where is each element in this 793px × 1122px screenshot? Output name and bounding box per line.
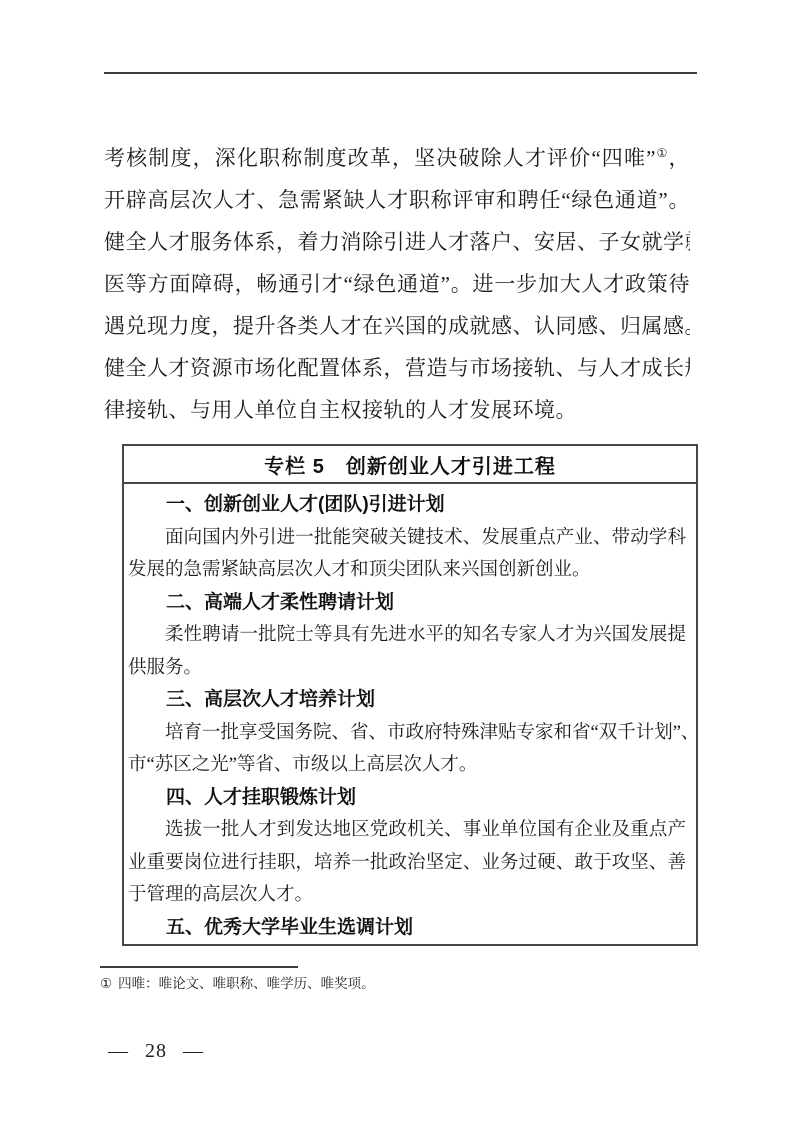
header-rule [104,72,697,74]
body-line: 遇兑现力度，提升各类人才在兴国的成就感、认同感、归属感。 [104,305,690,347]
box-body-line: 市“苏区之光”等省、市级以上高层次人才。 [128,749,686,782]
box-section-heading: 二、高端人才柔性聘请计划 [128,587,686,620]
page-number: — 28 — [108,1040,204,1063]
body-line: 健全人才资源市场化配置体系，营造与市场接轨、与人才成长规 [104,347,690,389]
box-body-line: 于管理的高层次人才。 [128,879,686,912]
feature-box: 专栏 5 创新创业人才引进工程 一、创新创业人才(团队)引进计划 面向国内外引进… [122,444,698,946]
body-line: 开辟高层次人才、急需紧缺人才职称评审和聘任“绿色通道”。 [104,179,690,221]
box-content: 一、创新创业人才(团队)引进计划 面向国内外引进一批能突破关键技术、发展重点产业… [124,484,696,944]
footnote-text: 四唯：唯论文、唯职称、唯学历、唯奖项。 [118,976,375,991]
document-page: 考核制度，深化职称制度改革，坚决破除人才评价“四唯”①， 开辟高层次人才、急需紧… [0,0,793,1122]
box-body-line: 柔性聘请一批院士等具有先进水平的知名专家人才为兴国发展提 [128,619,686,652]
box-section-heading: 三、高层次人才培养计划 [128,684,686,717]
box-section-heading: 四、人才挂职锻炼计划 [128,782,686,815]
box-section-heading: 五、优秀大学毕业生选调计划 [128,912,686,945]
footnote-rule [100,966,298,968]
footnote-marker: ① [100,976,112,991]
footnote: ①四唯：唯论文、唯职称、唯学历、唯奖项。 [100,974,660,994]
body-paragraph: 考核制度，深化职称制度改革，坚决破除人才评价“四唯”①， 开辟高层次人才、急需紧… [104,137,690,431]
box-section-heading: 一、创新创业人才(团队)引进计划 [128,489,686,522]
body-line: 律接轨、与用人单位自主权接轨的人才发展环境。 [104,389,690,431]
body-line: 健全人才服务体系，着力消除引进人才落户、安居、子女就学就 [104,221,690,263]
footnote-reference-mark: ① [656,146,669,160]
body-line-text: 考核制度，深化职称制度改革，坚决破除人才评价“四唯” [104,146,656,170]
box-body-line: 培育一批享受国务院、省、市政府特殊津贴专家和省“双千计划”、 [128,717,686,750]
body-line: 医等方面障碍，畅通引才“绿色通道”。进一步加大人才政策待 [104,263,690,305]
box-title: 专栏 5 创新创业人才引进工程 [124,446,696,484]
box-body-line: 业重要岗位进行挂职，培养一批政治坚定、业务过硬、敢于攻坚、善 [128,847,686,880]
box-body-line: 发展的急需紧缺高层次人才和顶尖团队来兴国创新创业。 [128,554,686,587]
box-body-line: 面向国内外引进一批能突破关键技术、发展重点产业、带动学科 [128,522,686,555]
box-body-line: 供服务。 [128,652,686,685]
body-line: 考核制度，深化职称制度改革，坚决破除人才评价“四唯”①， [104,137,690,179]
box-body-line: 选拔一批人才到发达地区党政机关、事业单位国有企业及重点产 [128,814,686,847]
body-line-text: ， [669,146,691,170]
